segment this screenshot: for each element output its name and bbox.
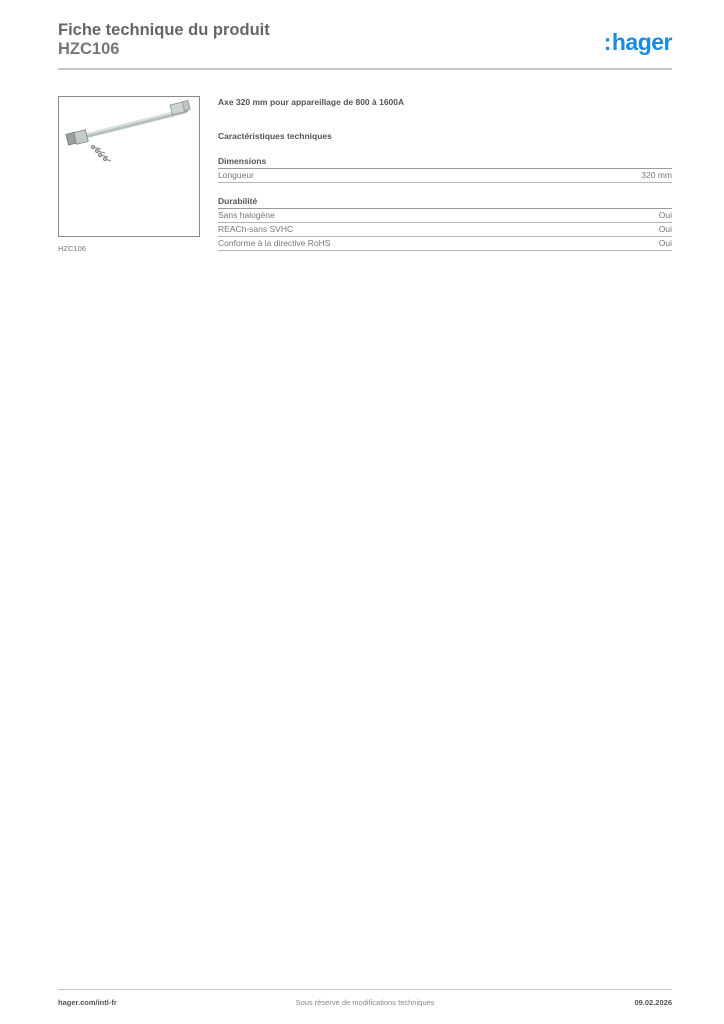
spec-value: 320 mm <box>641 169 672 182</box>
page-footer: hager.com/intl-fr Sous réserve de modifi… <box>58 998 672 1010</box>
image-caption: HZC106 <box>58 244 86 253</box>
specs-panel: Axe 320 mm pour appareillage de 800 à 16… <box>218 96 672 251</box>
header-divider <box>58 68 672 70</box>
spec-label: Longueur <box>218 169 254 182</box>
page-header: Fiche technique du produit HZC106 :hager <box>58 20 672 58</box>
spec-group-dimensions: Dimensions Longueur 320 mm <box>218 155 672 183</box>
specs-section-title: Caractéristiques techniques <box>218 130 672 142</box>
spec-row: Longueur 320 mm <box>218 169 672 183</box>
spec-row: REACh-sans SVHC Oui <box>218 223 672 237</box>
page-title: Fiche technique du produit <box>58 20 672 40</box>
product-image <box>58 96 200 237</box>
footer-date: 09.02.2026 <box>634 998 672 1007</box>
spec-group-title: Durabilité <box>218 195 672 209</box>
spec-row: Sans halogène Oui <box>218 209 672 223</box>
spec-label: REACh-sans SVHC <box>218 223 293 236</box>
product-code: HZC106 <box>58 40 672 58</box>
spec-group-title: Dimensions <box>218 155 672 169</box>
spec-value: Oui <box>659 209 672 222</box>
product-description: Axe 320 mm pour appareillage de 800 à 16… <box>218 96 672 108</box>
spec-label: Sans halogène <box>218 209 275 222</box>
spec-label: Conforme à la directive RoHS <box>218 237 330 250</box>
spec-row: Conforme à la directive RoHS Oui <box>218 237 672 251</box>
spec-value: Oui <box>659 237 672 250</box>
logo-text: hager <box>612 29 672 55</box>
spec-value: Oui <box>659 223 672 236</box>
hager-logo: :hager <box>604 30 672 54</box>
spec-group-durability: Durabilité Sans halogène Oui REACh-sans … <box>218 195 672 251</box>
logo-colon: : <box>604 30 611 54</box>
footer-disclaimer: Sous réserve de modifications techniques <box>58 998 672 1007</box>
product-axle-icon <box>59 97 199 236</box>
footer-divider <box>58 989 672 990</box>
